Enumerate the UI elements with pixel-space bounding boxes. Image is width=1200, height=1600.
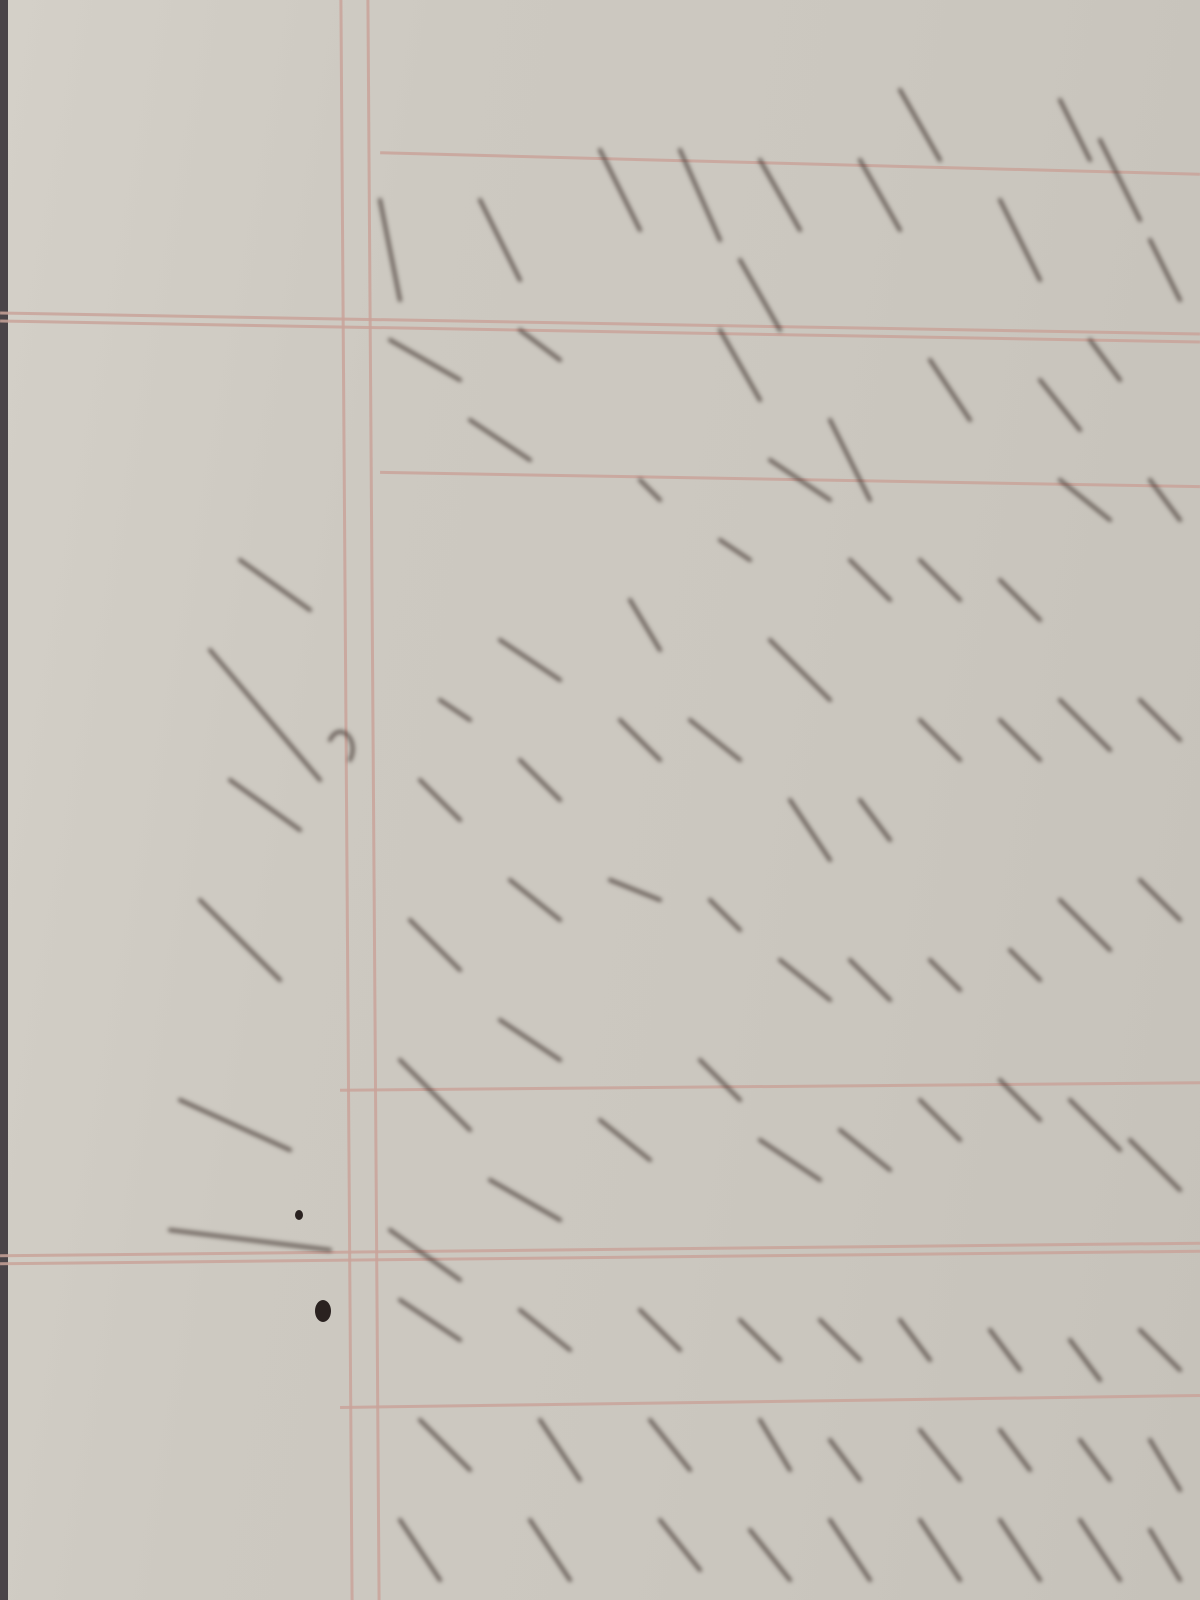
ink-dot [295, 1210, 303, 1220]
handwriting [0, 0, 1200, 1600]
ledger-page [0, 0, 1200, 1600]
ink-dot [315, 1300, 331, 1322]
